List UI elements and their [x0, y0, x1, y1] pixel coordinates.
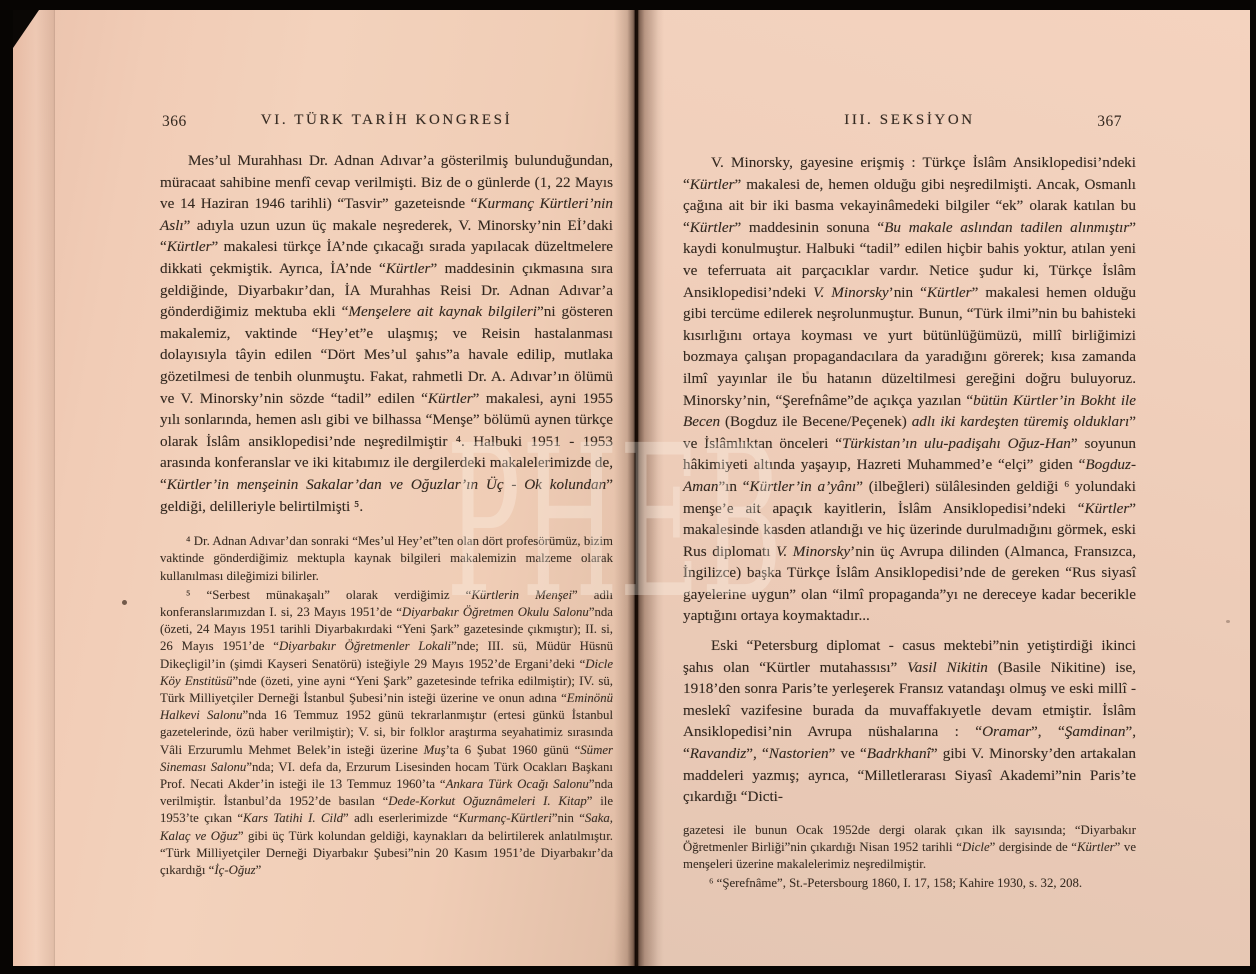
footnote-4: ⁴ Dr. Adnan Adıvar’dan sonraki “Mes’ul H… [160, 533, 613, 585]
scan-edge-left [0, 0, 13, 974]
footnote-5-continuation: gazetesi ile bunun Ocak 1952de dergi ola… [683, 822, 1136, 874]
right-body: V. Minorsky, gayesine erişmiş : Türkçe İ… [683, 152, 1136, 808]
top-left-shadow-wedge [13, 10, 39, 48]
scan-edge-bottom [0, 966, 1256, 974]
book-scan: 366 VI. TÜRK TARİH KONGRESİ Mes’ul Murah… [0, 0, 1256, 974]
paper-speck [806, 371, 809, 374]
paper-speck [122, 600, 127, 605]
right-running-title: III. SEKSİYON [683, 112, 1136, 129]
right-page: III. SEKSİYON 367 V. Minorsky, gayesine … [638, 8, 1250, 968]
left-footnotes: ⁴ Dr. Adnan Adıvar’dan sonraki “Mes’ul H… [160, 533, 613, 879]
paragraph: Mes’ul Murahhası Dr. Adnan Adıvar’a göst… [160, 150, 613, 517]
page-gutter [614, 0, 658, 974]
scan-edge-right [1251, 0, 1256, 974]
left-page-deckle-edge [13, 10, 55, 966]
right-page-content: III. SEKSİYON 367 V. Minorsky, gayesine … [683, 112, 1136, 895]
right-page-number: 367 [1097, 113, 1122, 131]
right-footnotes: gazetesi ile bunun Ocak 1952de dergi ola… [683, 822, 1136, 893]
footnote-5: ⁵ “Serbest münakaşalı” olarak verdiğimiz… [160, 587, 613, 879]
left-page: 366 VI. TÜRK TARİH KONGRESİ Mes’ul Murah… [13, 10, 635, 966]
paragraph: V. Minorsky, gayesine erişmiş : Türkçe İ… [683, 152, 1136, 627]
left-page-content: 366 VI. TÜRK TARİH KONGRESİ Mes’ul Murah… [160, 112, 613, 881]
left-running-title: VI. TÜRK TARİH KONGRESİ [160, 112, 613, 129]
footnote-6: ⁶ “Şerefnâme”, St.-Petersbourg 1860, I. … [683, 875, 1136, 892]
left-running-head: 366 VI. TÜRK TARİH KONGRESİ [160, 112, 613, 138]
paragraph: Eski “Petersburg diplomat - casus mekteb… [683, 635, 1136, 808]
paper-speck [1226, 620, 1230, 623]
left-body: Mes’ul Murahhası Dr. Adnan Adıvar’a göst… [160, 150, 613, 517]
left-page-number: 366 [162, 113, 187, 131]
scan-edge-top [0, 0, 1256, 10]
right-running-head: III. SEKSİYON 367 [683, 112, 1136, 138]
